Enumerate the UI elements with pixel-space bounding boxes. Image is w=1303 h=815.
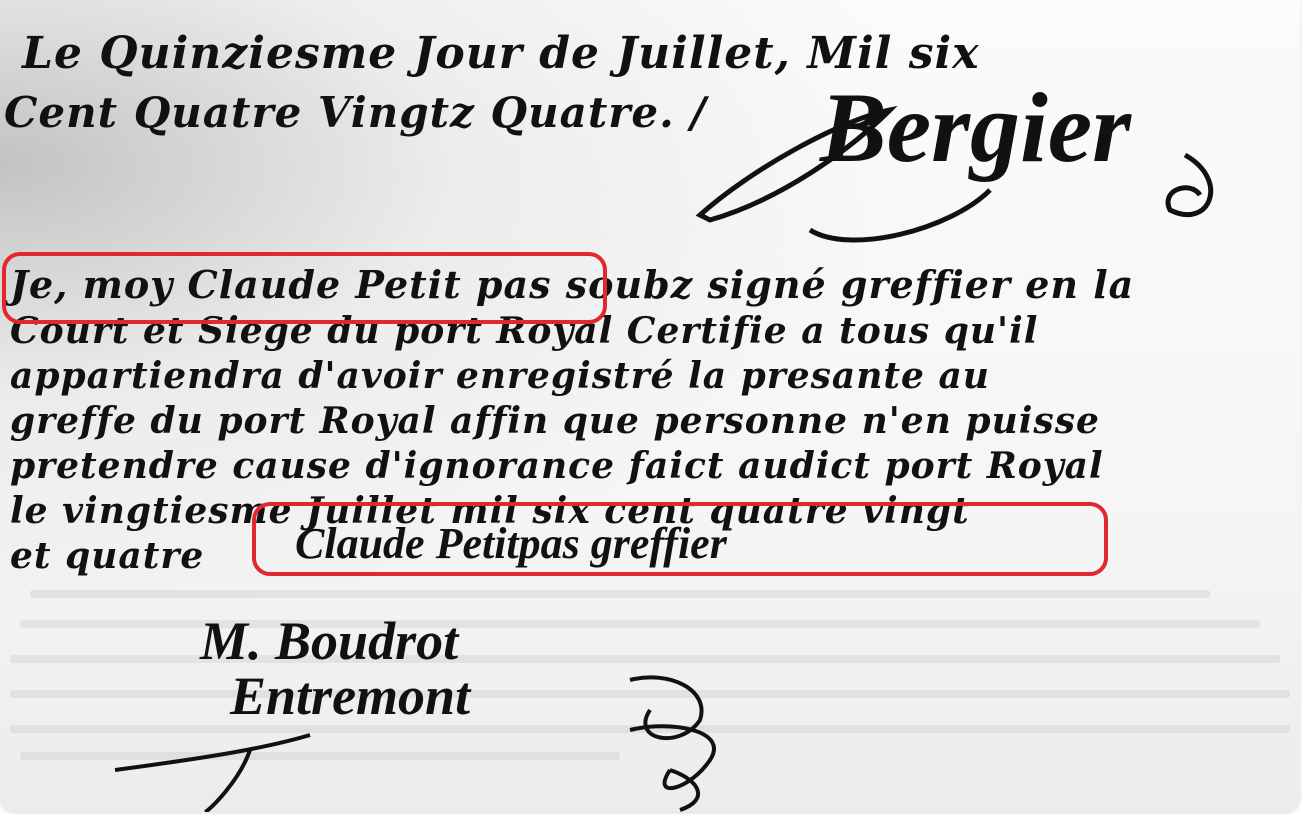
signature-flourish-icon [110,640,810,812]
header-line-2: Cent Quatre Vingtz Quatre. / [4,88,707,137]
document-scan: Le Quinziesme Jour de Juillet, Mil six C… [0,0,1300,812]
body-line-7: et quatre [10,535,204,577]
highlight-box-signature [252,502,1108,576]
body-line-4: greffe du port Royal affin que personne … [10,400,1100,442]
body-line-5: pretendre cause d'ignorance faict audict… [10,445,1104,487]
bleed-through-line [30,590,1210,598]
body-line-3: appartiendra d'avoir enregistré la presa… [10,355,990,397]
signature-flourish-icon [690,80,1250,260]
highlight-box-name [2,252,607,324]
